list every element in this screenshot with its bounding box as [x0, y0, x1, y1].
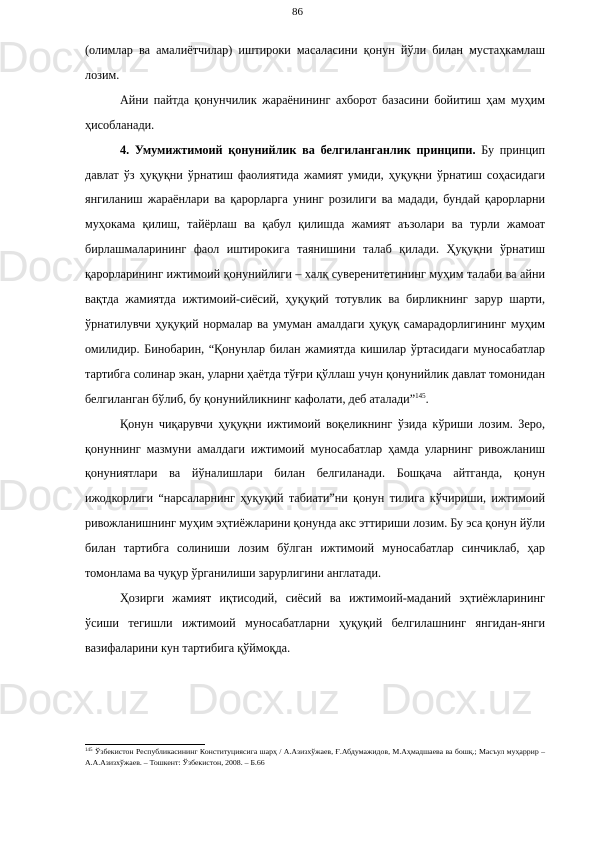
- paragraph-tail: .: [426, 392, 429, 406]
- document-body: (олимлар ва амалиётчилар) иштироки масал…: [85, 38, 545, 661]
- watermark-row: Docx.uz Docx.uz Docx.uz: [0, 680, 595, 720]
- paragraph: (олимлар ва амалиётчилар) иштироки масал…: [85, 38, 545, 88]
- footnote: 145 Ўзбекистон Республикасининг Конститу…: [85, 747, 545, 768]
- footnote-separator: [85, 744, 205, 745]
- watermark: Docx.uz: [0, 680, 149, 720]
- footnote-reference[interactable]: 145: [415, 392, 426, 400]
- section-heading: 4. Умумижтимоий қонунийлик ва белгиланга…: [120, 143, 476, 157]
- watermark: Docx.uz: [380, 680, 532, 720]
- footnote-text: Ўзбекистон Республикасининг Конституцияс…: [85, 747, 545, 767]
- paragraph: Айни пайтда қонунчилик жараёнининг ахбор…: [85, 88, 545, 138]
- footnote-number: 145: [85, 748, 93, 753]
- paragraph: Қонун чиқарувчи ҳуқуқни ижтимоий воқелик…: [85, 412, 545, 586]
- paragraph-text: Бу принцип давлат ўз ҳуқуқни ўрнатиш фао…: [85, 143, 545, 406]
- paragraph: Ҳозирги жамият иқтисодий, сиёсий ва ижти…: [85, 586, 545, 661]
- watermark: Docx.uz: [187, 680, 339, 720]
- paragraph-principle-4: 4. Умумижтимоий қонунийлик ва белгиланга…: [85, 138, 545, 412]
- page-number: 86: [0, 6, 595, 18]
